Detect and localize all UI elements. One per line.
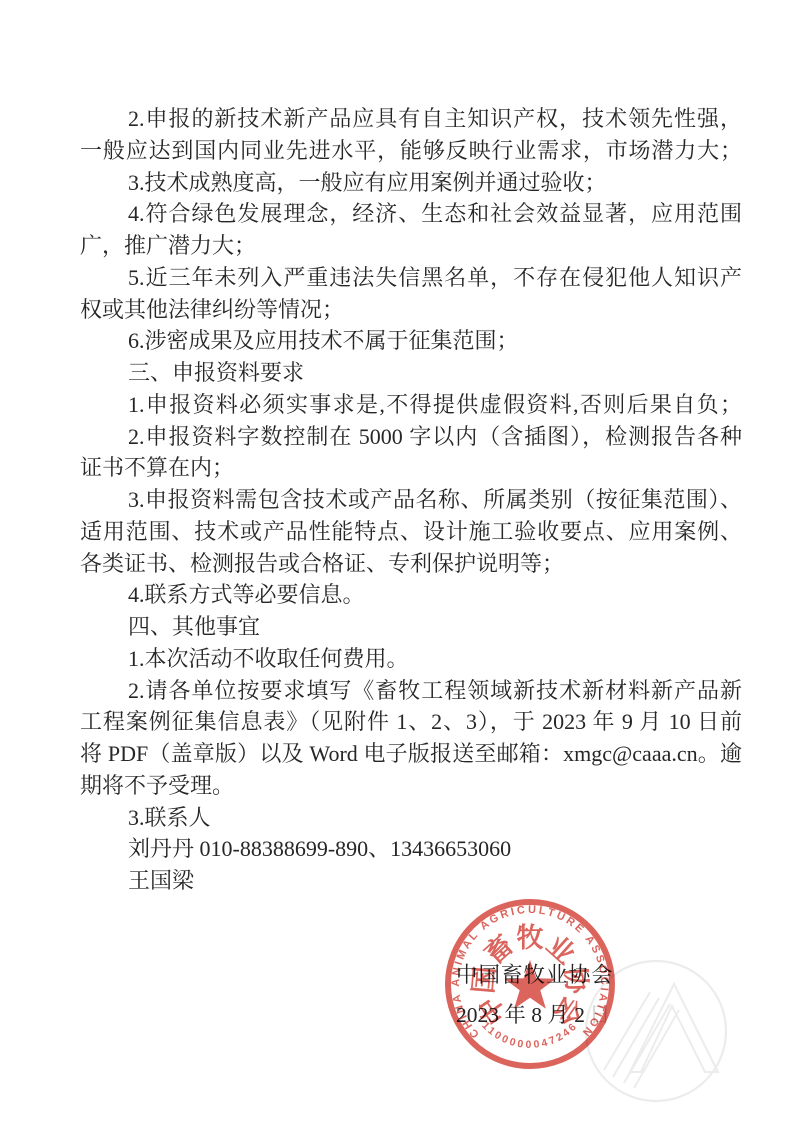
- body-line: 将 PDF（盖章版）以及 Word 电子版报送至邮箱：xmgc@caaa.cn。…: [80, 738, 742, 770]
- body-line: 3.联系人: [80, 802, 742, 834]
- body-line: 2.申报资料字数控制在 5000 字以内（含插图），检测报告各种: [80, 421, 742, 453]
- body-line: 1.本次活动不收取任何费用。: [80, 643, 742, 675]
- body-line: 王国梁: [80, 865, 742, 897]
- body-line: 三、申报资料要求: [80, 357, 742, 389]
- body-line: 4.符合绿色发展理念，经济、生态和社会效益显著，应用范围: [80, 198, 742, 230]
- body-line: 权或其他法律纠纷等情况；: [80, 294, 742, 326]
- body-line: 广，推广潜力大；: [80, 230, 742, 262]
- body-line: 期将不予受理。: [80, 770, 742, 802]
- body-line: 四、其他事宜: [80, 611, 742, 643]
- body-line: 5.近三年未列入严重违法失信黑名单，不存在侵犯他人知识产: [80, 262, 742, 294]
- body-line: 证书不算在内；: [80, 452, 742, 484]
- body-line: 4.联系方式等必要信息。: [80, 579, 742, 611]
- body-line: 2.申报的新技术新产品应具有自主知识产权，技术领先性强，: [80, 103, 742, 135]
- document-page: 2.申报的新技术新产品应具有自主知识产权，技术领先性强，一般应达到国内同业先进水…: [0, 0, 794, 1123]
- body-line: 工程案例征集信息表》（见附件 1、2、3），于 2023 年 9 月 10 日前: [80, 706, 742, 738]
- svg-text:国: 国: [468, 965, 500, 995]
- body-line: 各类证书、检测报告或合格证、专利保护说明等；: [80, 548, 742, 580]
- official-seal: CHINA ANIMAL AGRICULTURE ASSOCIATION 中 国…: [441, 895, 619, 1073]
- body-line: 3.申报资料需包含技术或产品名称、所属类别（按征集范围）、: [80, 484, 742, 516]
- body-line: 3.技术成熟度高，一般应有应用案例并通过验收；: [80, 167, 742, 199]
- svg-text:牧: 牧: [517, 923, 544, 953]
- body-line: 适用范围、技术或产品性能特点、设计施工验收要点、应用案例、: [80, 516, 742, 548]
- body-line: 6.涉密成果及应用技术不属于征集范围；: [80, 325, 742, 357]
- document-body: 2.申报的新技术新产品应具有自主知识产权，技术领先性强，一般应达到国内同业先进水…: [80, 103, 742, 897]
- body-line: 一般应达到国内同业先进水平，能够反映行业需求，市场潜力大；: [80, 135, 742, 167]
- body-line: 1.申报资料必须实事求是,不得提供虚假资料,否则后果自负；: [80, 389, 742, 421]
- svg-text:业: 业: [541, 930, 581, 970]
- svg-text:畜: 畜: [478, 929, 519, 970]
- body-line: 2.请各单位按要求填写《畜牧工程领域新技术新材料新产品新: [80, 675, 742, 707]
- body-line: 刘丹丹 010-88388699-890、13436653060: [80, 833, 742, 865]
- seal-star-icon: [504, 960, 555, 1009]
